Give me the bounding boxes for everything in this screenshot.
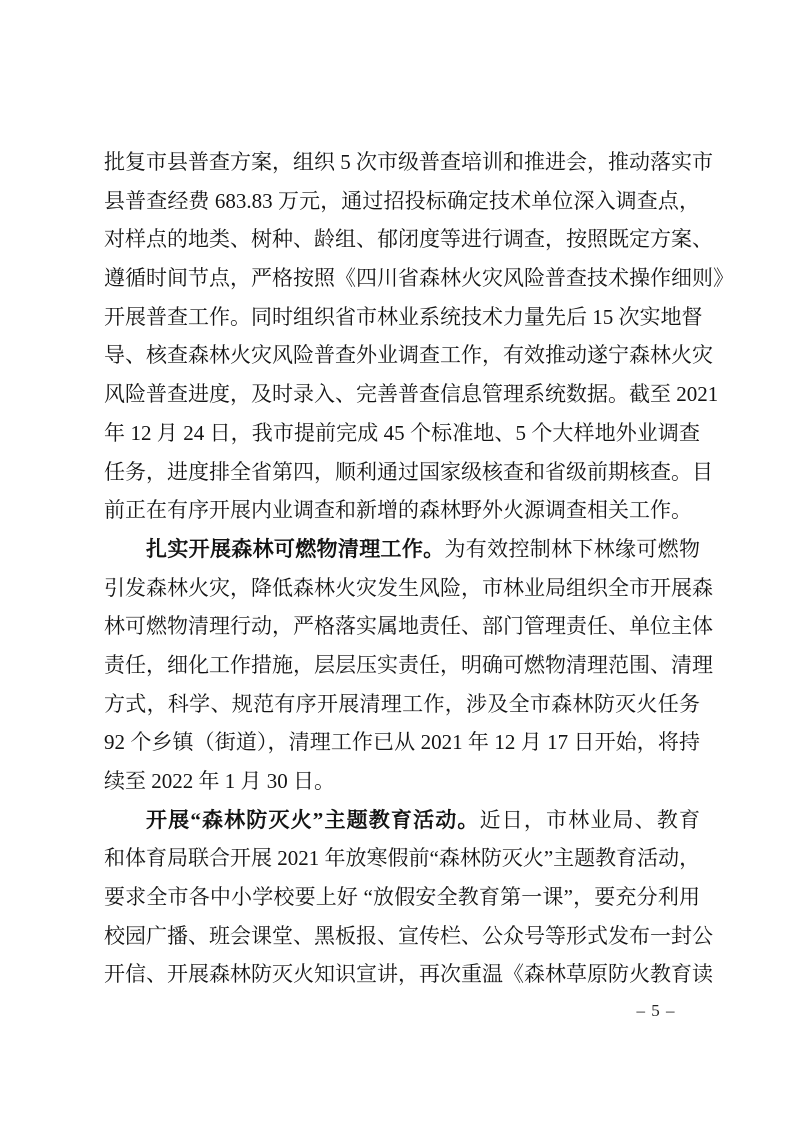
text-line: 92 个乡镇（街道），清理工作已从 2021 年 12 月 17 日开始，将持	[104, 723, 700, 762]
text-line: 对样点的地类、树种、龄组、郁闭度等进行调查，按照既定方案、	[104, 220, 700, 259]
text-line: 开信、开展森林防灭火知识宣讲，再次重温《森林草原防火教育读	[104, 955, 700, 994]
page-number: – 5 –	[600, 1000, 712, 1022]
text-line: 方式，科学、规范有序开展清理工作，涉及全市森林防灭火任务	[104, 685, 700, 724]
document-text-block: 批复市县普查方案，组织 5 次市级普查培训和推进会，推动落实市 县普查经费 68…	[104, 143, 700, 994]
text-line: 续至 2022 年 1 月 30 日。	[104, 762, 700, 801]
text-line: 扎实开展森林可燃物清理工作。为有效控制林下林缘可燃物	[104, 530, 700, 569]
text-line: 开展“森林防灭火”主题教育活动。近日，市林业局、教育	[104, 801, 700, 840]
text-line: 要求全市各中小学校要上好 “放假安全教育第一课”，要充分利用	[104, 878, 700, 917]
document-page: 批复市县普查方案，组织 5 次市级普查培训和推进会，推动落实市 县普查经费 68…	[0, 0, 793, 1122]
text-line: 遵循时间节点，严格按照《四川省森林火灾风险普查技术操作细则》	[104, 259, 700, 298]
text-line: 开展普查工作。同时组织省市林业系统技术力量先后 15 次实地督	[104, 298, 700, 337]
text-line: 县普查经费 683.83 万元，通过招投标确定技术单位深入调查点，	[104, 182, 700, 221]
paragraph-text: 近日，市林业局、教育	[480, 808, 700, 832]
text-line: 林可燃物清理行动，严格落实属地责任、部门管理责任、单位主体	[104, 607, 700, 646]
text-line: 责任，细化工作措施，层层压实责任，明确可燃物清理范围、清理	[104, 646, 700, 685]
text-line: 引发森林火灾，降低森林火灾发生风险，市林业局组织全市开展森	[104, 569, 700, 608]
paragraph: 批复市县普查方案，组织 5 次市级普查培训和推进会，推动落实市 县普查经费 68…	[104, 143, 700, 530]
paragraph-text: 为有效控制林下林缘可燃物	[444, 537, 700, 561]
text-line: 风险普查进度，及时录入、完善普查信息管理系统数据。截至 2021	[104, 375, 700, 414]
paragraph: 扎实开展森林可燃物清理工作。为有效控制林下林缘可燃物 引发森林火灾，降低森林火灾…	[104, 530, 700, 801]
text-line: 导、核查森林火灾风险普查外业调查工作，有效推动遂宁森林火灾	[104, 336, 700, 375]
text-line: 任务，进度排全省第四，顺利通过国家级核查和省级前期核查。目	[104, 453, 700, 492]
paragraph-heading: 扎实开展森林可燃物清理工作。	[146, 537, 444, 561]
paragraph-heading: 开展“森林防灭火”主题教育活动。	[146, 808, 480, 832]
text-line: 校园广播、班会课堂、黑板报、宣传栏、公众号等形式发布一封公	[104, 917, 700, 956]
text-line: 批复市县普查方案，组织 5 次市级普查培训和推进会，推动落实市	[104, 143, 700, 182]
text-line: 和体育局联合开展 2021 年放寒假前“森林防灭火”主题教育活动，	[104, 839, 700, 878]
text-line: 前正在有序开展内业调查和新增的森林野外火源调查相关工作。	[104, 491, 700, 530]
text-line: 年 12 月 24 日，我市提前完成 45 个标准地、5 个大样地外业调查	[104, 414, 700, 453]
paragraph: 开展“森林防灭火”主题教育活动。近日，市林业局、教育 和体育局联合开展 2021…	[104, 801, 700, 994]
